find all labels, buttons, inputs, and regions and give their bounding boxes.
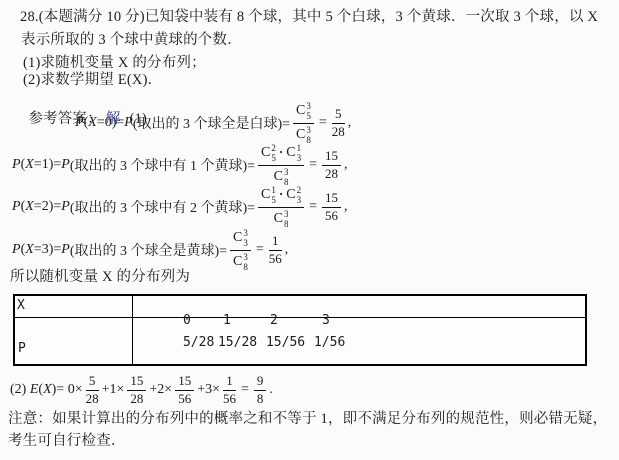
period: . — [269, 382, 273, 398]
subscript: 3 — [297, 195, 302, 205]
combination-fraction: C33C38 — [230, 228, 251, 272]
multiplication-dot: · — [279, 144, 283, 159]
symbol-C: C — [296, 127, 305, 143]
formula-line-p1: P(X=1)=P(取出的 3 个球中有 1 个黄球)=C25·C13C38=15… — [12, 144, 347, 186]
result-fraction: 1556 — [322, 191, 341, 224]
fraction-denominator: C38 — [230, 251, 251, 273]
condition: =3)= — [34, 242, 61, 258]
sup-sub: 38 — [243, 252, 248, 273]
symbol-C: C — [286, 187, 295, 203]
symbol-C: C — [261, 187, 270, 203]
table-x-label: X — [17, 298, 25, 313]
table-vertical-divider — [132, 296, 133, 364]
fraction-denominator: C38 — [258, 208, 304, 230]
fraction-denominator: 28 — [322, 166, 341, 182]
combination-term: C38 — [233, 252, 248, 273]
equals-sign: = — [256, 242, 264, 258]
term-fraction: 156 — [223, 374, 236, 407]
sup-sub: 23 — [297, 185, 302, 206]
result-fraction: 1528 — [322, 149, 341, 182]
result-fraction: 528 — [332, 107, 345, 140]
result-fraction: 98 — [254, 374, 267, 407]
term-fraction: 1528 — [127, 374, 146, 407]
fraction-denominator: 28 — [86, 391, 99, 407]
formula-line-p0: P(X=0)=P(取出的 3 个球全是白球)=C35C38=528, — [75, 102, 351, 144]
symbol-P: P — [12, 242, 21, 258]
sup-sub: 13 — [297, 143, 302, 164]
fraction-denominator: 8 — [254, 391, 267, 407]
part-2-label: (2) — [10, 382, 30, 398]
symbol-C: C — [233, 230, 242, 246]
superscript: 2 — [297, 185, 302, 195]
symbol-P: P — [124, 115, 133, 131]
term-coefficient: +3× — [197, 382, 220, 398]
fraction-numerator: 15 — [322, 191, 341, 208]
superscript: 3 — [306, 125, 311, 135]
fraction-denominator: 56 — [322, 208, 341, 224]
event-description: (取出的 3 个球中有 2 个黄球)= — [70, 197, 255, 217]
term-coefficient: +2× — [149, 382, 172, 398]
combination-fraction: C25·C13C38 — [258, 143, 304, 187]
superscript: 3 — [284, 209, 289, 219]
multiplication-dot: · — [279, 186, 283, 201]
condition: =2)= — [34, 199, 61, 215]
subscript: 5 — [271, 153, 276, 163]
combination-fraction: C15·C23C38 — [258, 185, 304, 229]
event-description: (取出的 3 个球中有 1 个黄球)= — [70, 155, 255, 175]
conclusion-line: 所以随机变量 X 的分布列为 — [10, 268, 190, 288]
sup-sub: 38 — [284, 209, 289, 230]
superscript: 3 — [243, 228, 248, 238]
symbol-P: P — [12, 199, 21, 215]
fraction-numerator: C25·C13 — [258, 143, 304, 166]
fraction-numerator: C15·C23 — [258, 185, 304, 208]
p-value-cell: 1/56 — [314, 335, 345, 350]
symbol-C: C — [274, 169, 283, 185]
sup-sub: 33 — [243, 228, 248, 249]
superscript: 3 — [284, 167, 289, 177]
combination-term: C23 — [286, 185, 301, 206]
symbol-E: E — [30, 382, 39, 398]
equals-sign: = — [309, 199, 317, 215]
term-fraction: 528 — [86, 374, 99, 407]
problem-line-2: 表示所取的 3 个球中黄球的个数． — [21, 31, 242, 51]
subscript: 8 — [243, 262, 248, 272]
fraction-numerator: 15 — [127, 374, 146, 391]
subscript: 5 — [271, 195, 276, 205]
term-fraction: 1556 — [175, 374, 194, 407]
fraction-numerator: C33 — [230, 228, 251, 251]
superscript: 3 — [306, 101, 311, 111]
combination-fraction: C35C38 — [293, 101, 314, 145]
subscript: 8 — [284, 219, 289, 229]
table-p-values-row: 5/2815/2815/561/56 — [136, 320, 345, 365]
result-fraction: 156 — [269, 234, 282, 267]
sup-sub: 15 — [271, 185, 276, 206]
distribution-table: X P 0123 5/2815/2815/561/56 — [13, 294, 587, 366]
problem-line-1: 28.(本题满分 10 分)已知袋中装有 8 个球，其中 5 个白球，3 个黄球… — [20, 8, 598, 28]
comma: , — [348, 115, 352, 131]
symbol-C: C — [261, 145, 270, 161]
symbol-P: P — [12, 157, 21, 173]
exam-answer-document: 28.(本题满分 10 分)已知袋中装有 8 个球，其中 5 个白球，3 个黄球… — [0, 0, 619, 460]
comma: , — [285, 242, 289, 258]
subscript: 3 — [297, 153, 302, 163]
fraction-numerator: 15 — [175, 374, 194, 391]
superscript: 1 — [297, 143, 302, 153]
term-coefficient: 0× — [68, 382, 83, 398]
comma: , — [344, 199, 348, 215]
sup-sub: 38 — [306, 125, 311, 146]
equals-sign: = — [241, 382, 249, 398]
symbol-C: C — [296, 103, 305, 119]
expectation-line: (2) E(X)= 0×528+1×1528+2×1556+3×156=98. — [10, 372, 273, 408]
equals-sign: = — [309, 157, 317, 173]
fraction-numerator: 9 — [254, 374, 267, 391]
sup-sub: 35 — [306, 101, 311, 122]
symbol-P: P — [61, 157, 70, 173]
fraction-denominator: 56 — [175, 391, 194, 407]
fraction-denominator: 28 — [332, 124, 345, 140]
symbol-X: X — [25, 242, 34, 258]
subscript: 3 — [243, 238, 248, 248]
p-value-cell: 15/56 — [266, 335, 314, 350]
formula-line-p3: P(X=3)=P(取出的 3 个球全是黄球)=C33C38=156, — [12, 229, 288, 271]
term-coefficient: +1× — [102, 382, 125, 398]
table-p-label: P — [18, 341, 26, 356]
fraction-denominator: 56 — [223, 391, 236, 407]
combination-term: C25 — [261, 143, 276, 164]
combination-term: C33 — [233, 228, 248, 249]
p-value-cell: 5/28 — [183, 335, 218, 350]
note-line-2: 考生可自行检查． — [8, 432, 126, 452]
comma: , — [344, 157, 348, 173]
event-description: (取出的 3 个球全是白球)= — [133, 113, 290, 133]
combination-term: C35 — [296, 101, 311, 122]
symbol-X: X — [25, 157, 34, 173]
symbol-P: P — [61, 199, 70, 215]
paren-equals: )= — [52, 382, 68, 398]
symbol-X: X — [25, 199, 34, 215]
fraction-denominator: 28 — [127, 391, 146, 407]
symbol-C: C — [233, 254, 242, 270]
formula-line-p2: P(X=2)=P(取出的 3 个球中有 2 个黄球)=C15·C23C38=15… — [12, 186, 347, 228]
condition: =0)= — [97, 115, 124, 131]
fraction-numerator: 5 — [86, 374, 99, 391]
fraction-numerator: 15 — [322, 149, 341, 166]
symbol-X: X — [88, 115, 97, 131]
event-description: (取出的 3 个球全是黄球)= — [70, 240, 227, 260]
combination-term: C13 — [286, 143, 301, 164]
equals-sign: = — [319, 115, 327, 131]
note-line-1: 注意：如果计算出的分布列中的概率之和不等于 1，即不满足分布列的规范性，则必错无… — [8, 410, 607, 430]
symbol-X: X — [43, 382, 52, 398]
subquestion-2: (2)求数学期望 E(X)． — [23, 71, 162, 91]
superscript: 3 — [243, 252, 248, 262]
symbol-C: C — [286, 145, 295, 161]
combination-term: C15 — [261, 185, 276, 206]
combination-term: C38 — [274, 209, 289, 230]
p-value-cell: 15/28 — [218, 335, 266, 350]
symbol-P: P — [75, 115, 84, 131]
fraction-numerator: 1 — [269, 234, 282, 251]
sup-sub: 25 — [271, 143, 276, 164]
fraction-numerator: 1 — [223, 374, 236, 391]
fraction-denominator: 56 — [269, 251, 282, 267]
subscript: 5 — [306, 111, 311, 121]
fraction-numerator: 5 — [332, 107, 345, 124]
symbol-P: P — [61, 242, 70, 258]
superscript: 2 — [271, 143, 276, 153]
symbol-C: C — [274, 211, 283, 227]
condition: =1)= — [34, 157, 61, 173]
fraction-numerator: C35 — [293, 101, 314, 124]
superscript: 1 — [271, 185, 276, 195]
